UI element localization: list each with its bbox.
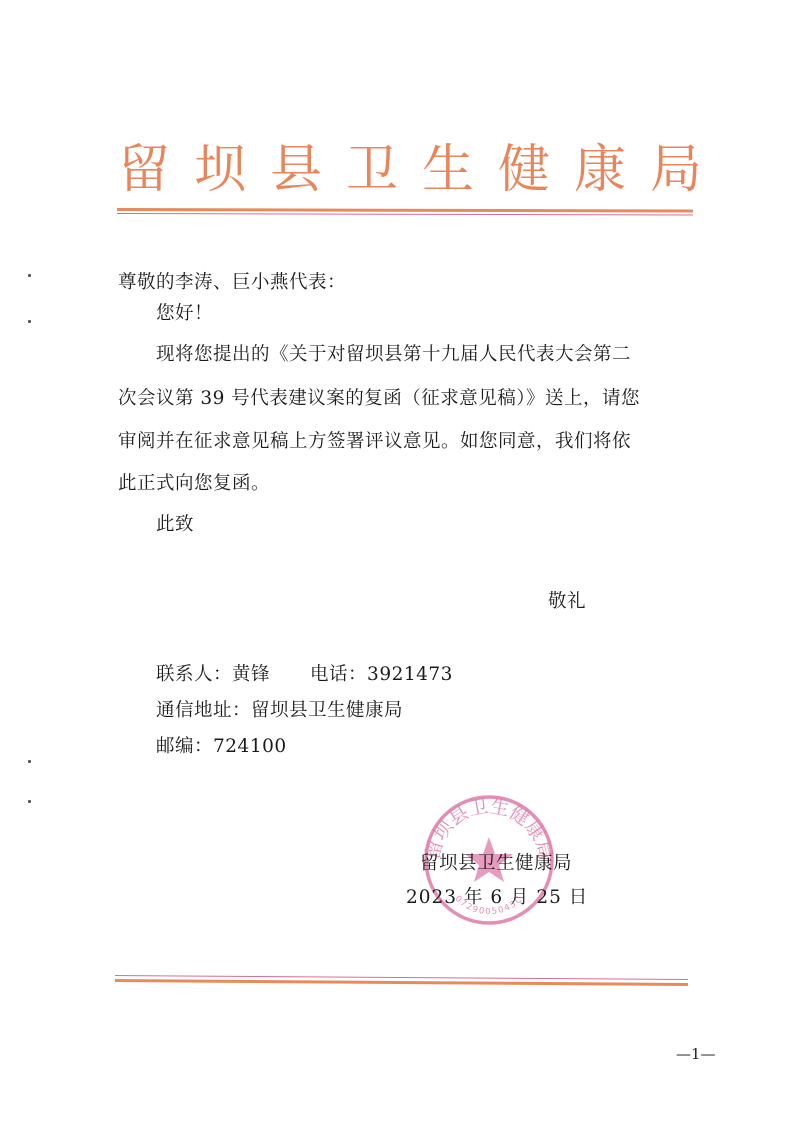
body-paragraph-line: 此正式向您复函。	[118, 472, 270, 496]
scan-speck	[28, 320, 31, 323]
scan-speck	[28, 274, 31, 277]
contact-person-name: 黄锋	[232, 664, 270, 685]
contact-address-row: 通信地址：留坝县卫生健康局	[156, 699, 403, 723]
phone-label: 电话：	[310, 664, 367, 685]
address-label: 通信地址：	[156, 700, 251, 721]
salutation: 尊敬的李涛、巨小燕代表：	[118, 271, 346, 295]
postcode-label: 邮编：	[156, 736, 213, 757]
contact-postcode-row: 邮编：724100	[156, 735, 287, 759]
scan-speck	[28, 800, 31, 803]
page-number: —1—	[676, 1045, 716, 1063]
postcode-value: 724100	[213, 736, 287, 757]
contact-person-row: 联系人：黄锋电话：3921473	[156, 663, 453, 687]
body-paragraph-line: 次会议第 39 号代表建议案的复函（征求意见稿）》送上，请您	[118, 387, 640, 411]
footer-rule-thick	[115, 979, 688, 986]
phone-number: 3921473	[367, 664, 453, 685]
body-paragraph-line: 审阅并在征求意见稿上方签署评议意见。如您同意，我们将依	[118, 430, 631, 454]
closing-salutation: 此致	[156, 513, 194, 537]
signature-organization: 留坝县卫生健康局	[420, 852, 572, 876]
letterhead-rule-thin	[117, 213, 693, 216]
address-value: 留坝县卫生健康局	[251, 700, 403, 721]
body-paragraph-line: 现将您提出的《关于对留坝县第十九届人民代表大会第二	[118, 343, 631, 367]
greeting: 您好！	[156, 302, 213, 326]
contact-person-label: 联系人：	[156, 664, 232, 685]
closing-regards: 敬礼	[548, 590, 586, 614]
signature-date: 2023 年 6 月 25 日	[406, 886, 588, 910]
letterhead-title: 留坝县卫生健康局	[118, 140, 698, 200]
letterhead-rule-thick	[117, 208, 693, 213]
scan-speck	[28, 760, 31, 763]
